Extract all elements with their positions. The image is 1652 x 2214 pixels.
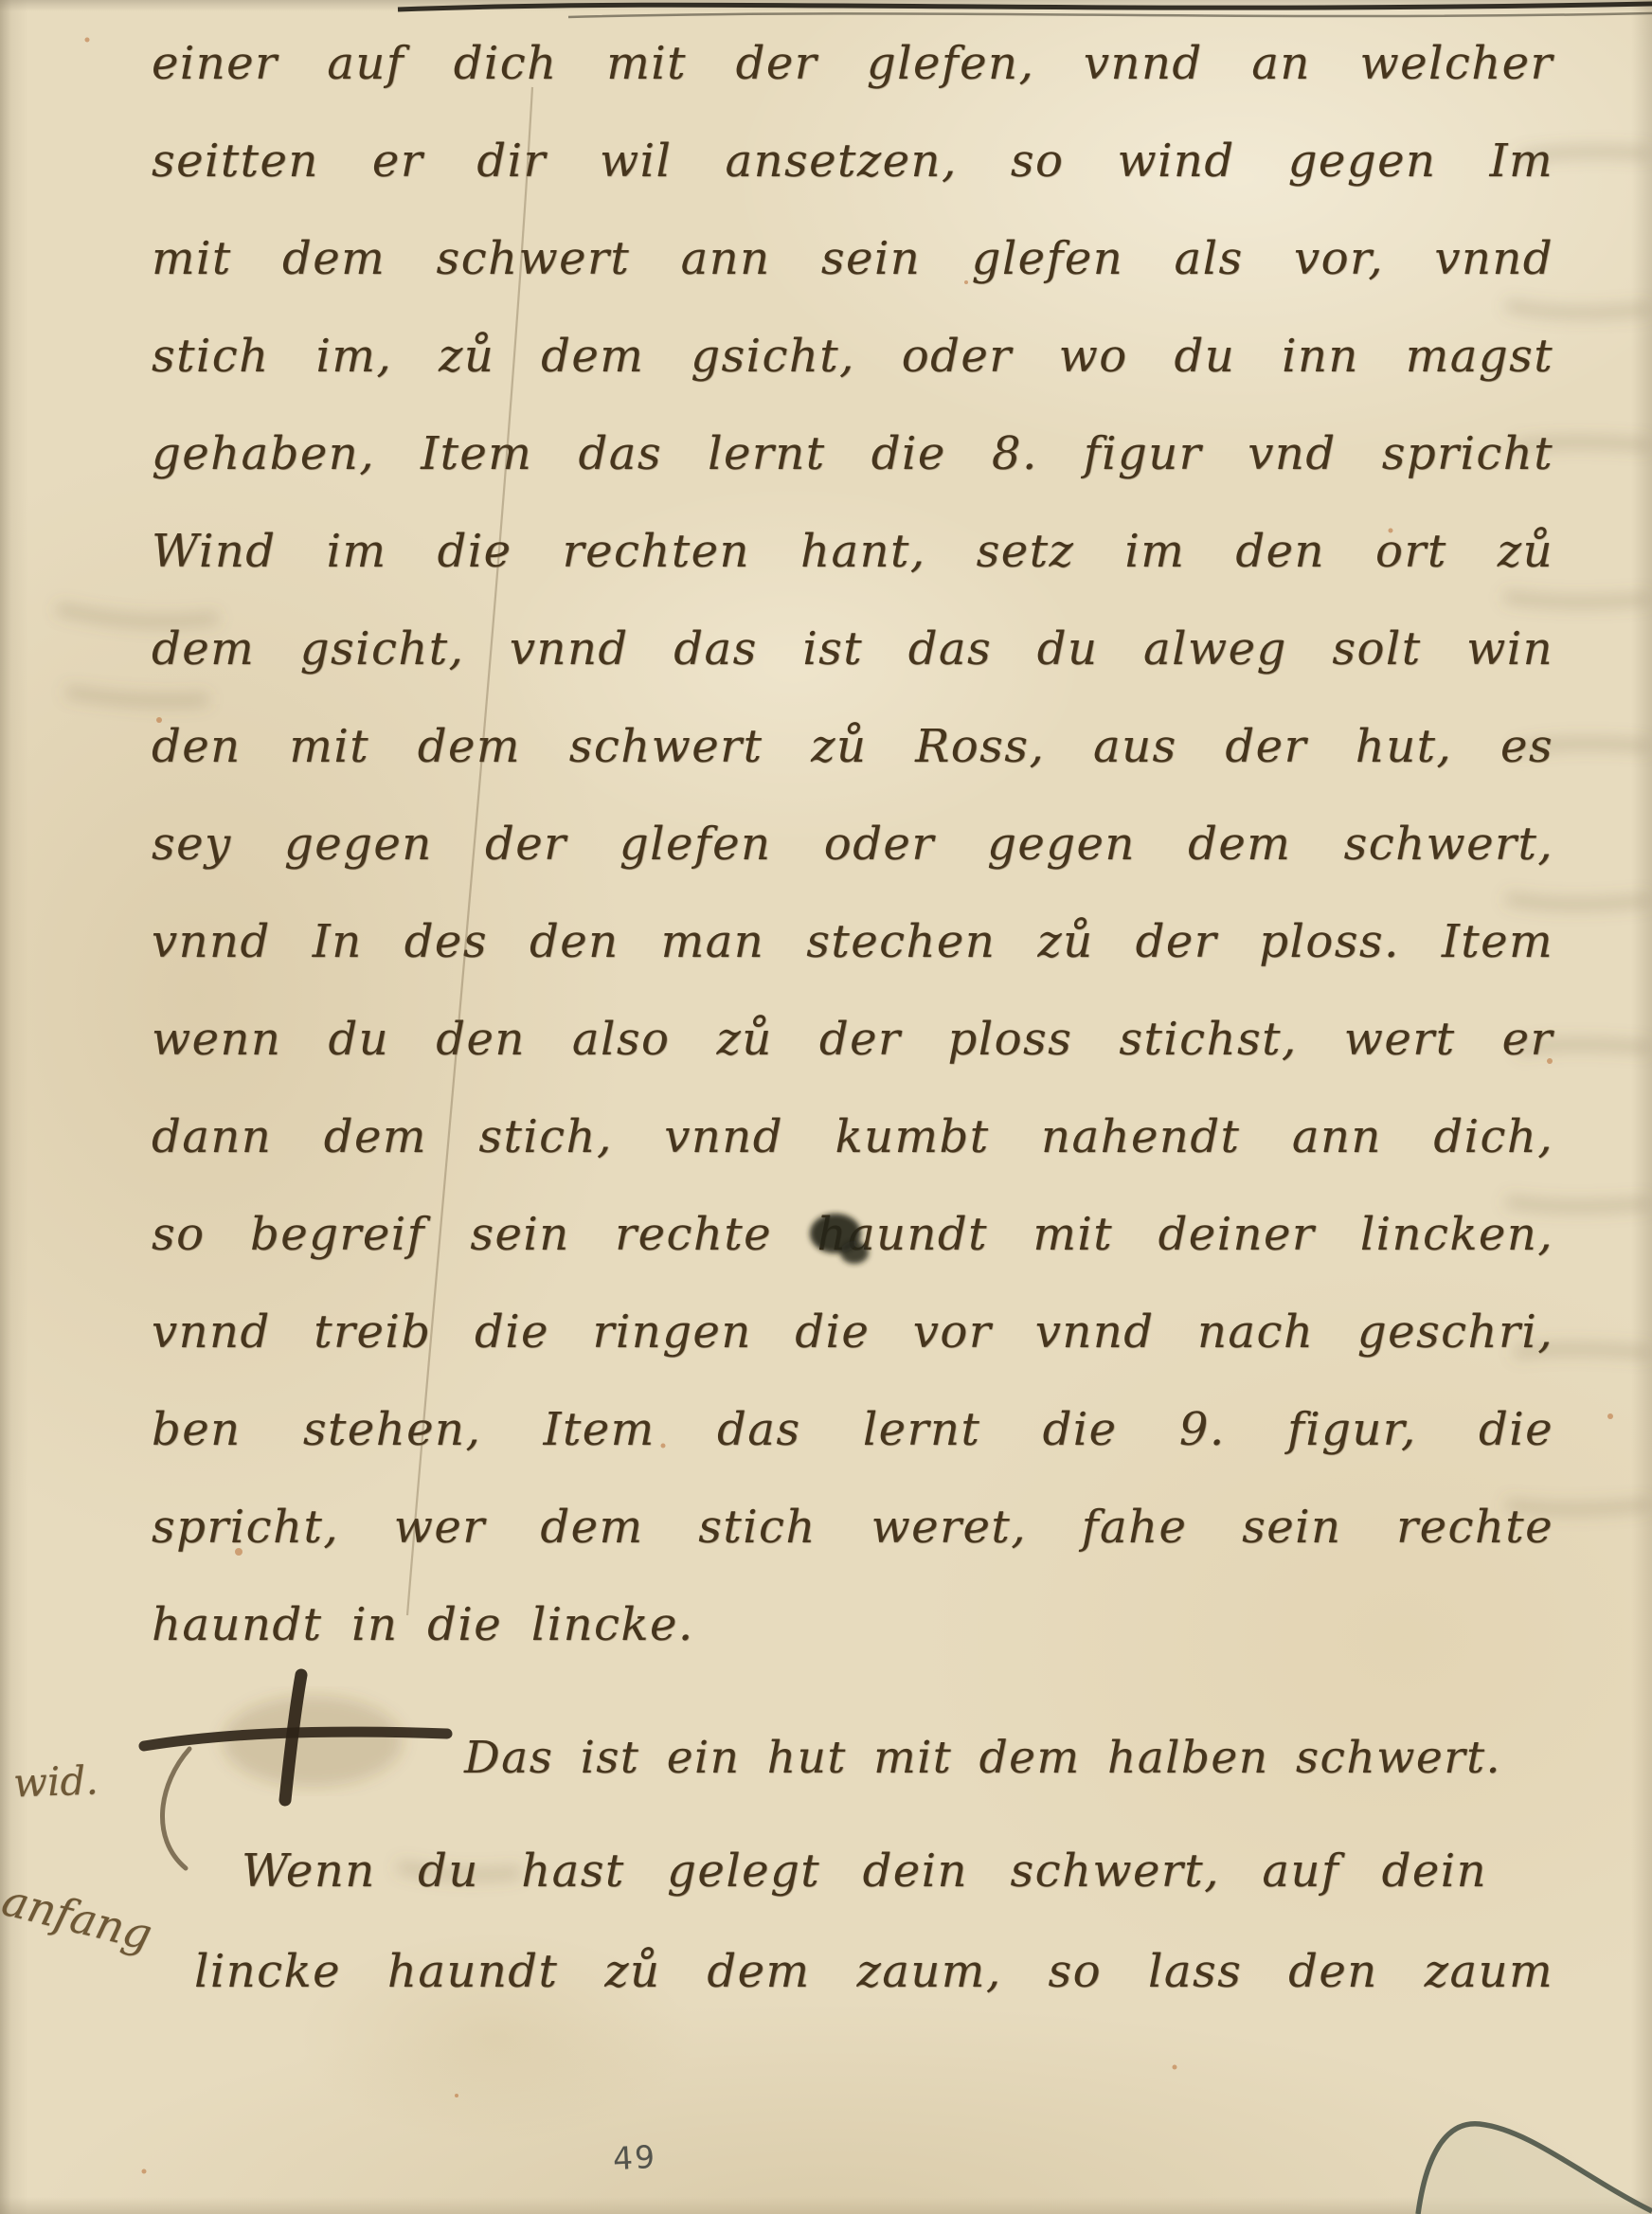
- manuscript-text-line: stich im, zů dem gsicht, oder wo du inn …: [152, 308, 1553, 405]
- manuscript-text-line: Wind im die rechten hant, setz im den or…: [152, 503, 1553, 601]
- manuscript-text-line: so begreif sein rechte haundt mit deiner…: [152, 1186, 1553, 1284]
- section-body-text: Wenn du hast gelegt dein schwert, auf de…: [152, 1821, 1553, 2022]
- manuscript-text-line: haundt in die lincke.: [152, 1576, 1553, 1674]
- manuscript-text-line: einer auf dich mit der glefen, vnnd an w…: [152, 15, 1553, 113]
- manuscript-text-line: spricht, wer dem stich weret, fahe sein …: [152, 1479, 1553, 1576]
- manuscript-text-line: lincke haundt zů dem zaum, so lass den z…: [194, 1921, 1553, 2022]
- manuscript-text-line: den mit dem schwert zů Ross, aus der hut…: [152, 698, 1553, 796]
- section-heading: Das ist ein hut mit dem halben schwert.: [464, 1732, 1501, 1784]
- manuscript-page: einer auf dich mit der glefen, vnnd an w…: [0, 0, 1652, 2214]
- margin-note-anfang: anfang: [0, 1874, 157, 1960]
- manuscript-text-line: Wenn du hast gelegt dein schwert, auf de…: [242, 1821, 1487, 1921]
- manuscript-text-line: vnnd In des den man stechen zů der ploss…: [152, 893, 1553, 991]
- manuscript-body-text: einer auf dich mit der glefen, vnnd an w…: [152, 15, 1553, 1674]
- margin-note-wid: wid.: [12, 1756, 99, 1806]
- page-number: 49: [586, 2136, 683, 2178]
- manuscript-text-line: gehaben, Item das lernt die 8. figur vnd…: [152, 405, 1553, 503]
- manuscript-text-line: wenn du den also zů der ploss stichst, w…: [152, 991, 1553, 1089]
- manuscript-text-line: dann dem stich, vnnd kumbt nahendt ann d…: [152, 1089, 1553, 1186]
- manuscript-text-line: mit dem schwert ann sein glefen als vor,…: [152, 210, 1553, 308]
- corner-notch: [1418, 2124, 1652, 2214]
- manuscript-text-line: ben stehen, Item das lernt die 9. figur,…: [152, 1381, 1553, 1479]
- manuscript-text-line: vnnd treib die ringen die vor vnnd nach …: [152, 1284, 1553, 1381]
- manuscript-text-line: dem gsicht, vnnd das ist das du alweg so…: [152, 601, 1553, 698]
- manuscript-text-line: seitten er dir wil ansetzen, so wind geg…: [152, 113, 1553, 210]
- manuscript-text-line: sey gegen der glefen oder gegen dem schw…: [152, 796, 1553, 893]
